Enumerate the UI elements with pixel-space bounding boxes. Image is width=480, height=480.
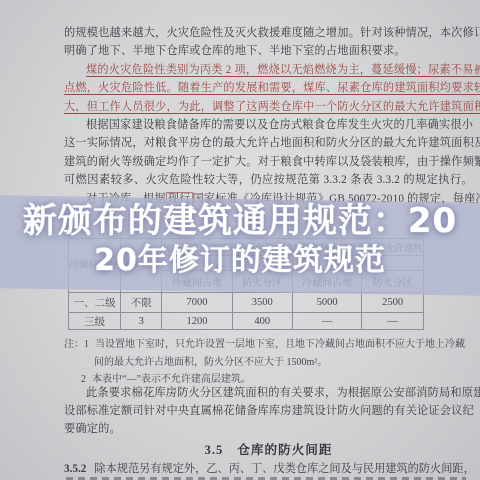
note-number: 1: [84, 339, 95, 350]
table-row: 三级 3 1200 400 — —: [69, 313, 424, 330]
cell-value: —: [362, 313, 424, 330]
note-text: 当设置地下室时，只允许设置一层地下室，且地下冷藏间占地面积不应大于地上冷藏间的最…: [94, 339, 465, 368]
clause-text: 除本规范另有规定外，乙、丙、丁、戊类仓库之间及与民用建筑的防火间距，: [94, 463, 474, 475]
highlighted-red-line: 大，但工作人员很少，为此，调整了这两类仓库中一个防火分区的最大允许建筑面积。: [64, 98, 473, 116]
section-heading: 3.5仓库的防火间距: [64, 439, 473, 458]
paragraph-cotton-line: 要确定的。: [64, 420, 473, 438]
paragraph-grain-line: 建筑的耐火等级确定均作了一定扩大。对于粮食中转库以及袋装粮库，由于操作频繁、: [64, 153, 473, 171]
cell-value: 3500: [232, 293, 292, 313]
paragraph-grain-line: 可燃因素较多、火灾危险性较大等，仍应按规范第 3.3.2 条表 3.3.2 的规…: [64, 171, 473, 189]
table-note: 注：1当设置地下室时，只允许设置一层地下室，且地下冷藏间占地面积不应大于地上冷藏…: [64, 336, 473, 371]
cell-layers: 不限: [121, 293, 162, 313]
cell-grade: 三级: [69, 313, 121, 330]
paragraph-intro-line: 的规模也越来越大，火灾危险性及灭火救援难度随之增加。针对该种情况，本次修订: [64, 24, 473, 42]
highlighted-red-line: 煤的火灾危险性类别为丙类 2 项，燃烧以无焰燃烧为主，蔓延缓慢；尿素不易被: [64, 61, 473, 79]
note-label: 注：: [64, 339, 84, 350]
paragraph-cotton-line: 此条要求棉花库房防火分区建筑面积的有关要求，为根据原公安部消防局和原建: [64, 384, 473, 402]
scanned-code-page: 的规模也越来越大，火灾危险性及灭火救援难度随之增加。针对该种情况，本次修订 明确…: [0, 0, 480, 480]
section-number: 3.5: [205, 443, 224, 457]
cell-value: —: [292, 313, 361, 330]
cell-value: 400: [232, 313, 292, 330]
table-notes: 注：1当设置地下室时，只允许设置一层地下室，且地下冷藏间占地面积不应大于地上冷藏…: [64, 336, 473, 389]
overlay-headline-line1: 新颁布的建筑通用规范：20: [0, 201, 480, 241]
clause-number: 3.5.2: [64, 463, 94, 475]
paragraph-cotton: 此条要求棉花库房防火分区建筑面积的有关要求，为根据原公安部消防局和原建 设部标准…: [64, 384, 473, 438]
section-title: 仓库的防火间距: [237, 443, 332, 457]
paragraph-grain-line: 根据国家建设粮食储备库的需要以及仓房式粮食仓库发生火灾的几率确实很小: [64, 116, 473, 134]
cell-value: 7000: [162, 293, 232, 313]
cell-value: 1200: [162, 313, 232, 330]
table-row: 一、二级 不限 7000 3500 5000 2500: [69, 293, 424, 313]
paragraph-intro-line: 明确了地下、半地下仓库或仓库的地下、半地下室的占地面积要求。: [64, 42, 473, 60]
paragraph-grain-line: 这一实际情况，对粮食平房仓的最大允许占地面积和防火分区的最大允许建筑面积及: [64, 134, 473, 152]
cell-grade: 一、二级: [69, 293, 121, 313]
cropped-text-line: [66, 477, 466, 480]
text-block: 的规模也越来越大，火灾危险性及灭火救援难度随之增加。针对该种情况，本次修订 明确…: [64, 24, 473, 208]
cell-value: 2500: [362, 293, 424, 313]
clause-line: 3.5.2除本规范另有规定外，乙、丙、丁、戊类仓库之间及与民用建筑的防火间距，: [64, 460, 473, 476]
cell-value: 5000: [292, 293, 361, 313]
cell-layers: 3: [121, 313, 162, 330]
paragraph-cotton-line: 设部标准定额司针对中央直属棉花储备库库房建筑设计防火问题的有关论证会议纪: [64, 402, 473, 420]
highlighted-red-line: 点燃，火灾危险性低。随着生产的发展和需要，煤库、尿素仓库的建筑面积均要求较: [64, 79, 473, 97]
overlay-headline-line2: 20年修订的建筑规范: [0, 243, 480, 279]
